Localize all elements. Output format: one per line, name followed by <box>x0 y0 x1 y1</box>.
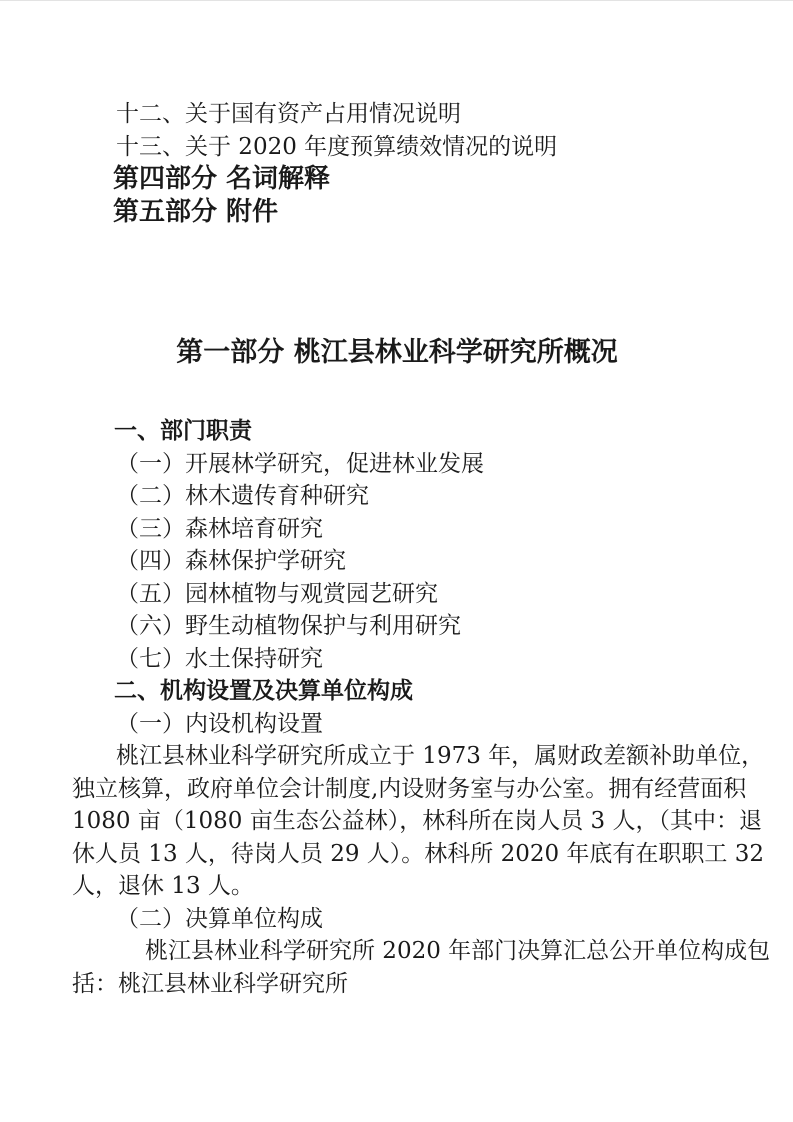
internal-setup-para-line-3: 1080 亩（1080 亩生态公益林），林科所在岗人员 3 人，（其中：退 <box>72 805 722 838</box>
duty-item-2: （二）林木遗传育种研究 <box>72 480 722 513</box>
toc-part-four-heading: 第四部分 名词解释 <box>72 163 722 196</box>
duty-item-6: （六）野生动植物保护与利用研究 <box>72 610 722 643</box>
section-heading-organization: 二、机构设置及决算单位构成 <box>72 675 722 708</box>
toc-item-13: 十三、关于 2020 年度预算绩效情况的说明 <box>72 131 722 164</box>
duty-item-7: （七）水土保持研究 <box>72 643 722 676</box>
part-one-title: 第一部分 桃江县林业科学研究所概况 <box>72 333 722 373</box>
document-page: 十二、关于国有资产占用情况说明 十三、关于 2020 年度预算绩效情况的说明 第… <box>0 0 793 1122</box>
duty-item-5: （五）园林植物与观赏园艺研究 <box>72 578 722 611</box>
page-content: 十二、关于国有资产占用情况说明 十三、关于 2020 年度预算绩效情况的说明 第… <box>0 1 793 1000</box>
duty-item-3: （三）森林培育研究 <box>72 513 722 546</box>
internal-setup-para-line-4: 休人员 13 人，待岗人员 29 人）。林科所 2020 年底有在职职工 32 <box>72 838 722 871</box>
internal-setup-para-line-1: 桃江县林业科学研究所成立于 1973 年，属财政差额补助单位， <box>72 740 722 773</box>
toc-part-five-heading: 第五部分 附件 <box>72 196 722 229</box>
internal-setup-para-line-5: 人，退休 13 人。 <box>72 870 722 903</box>
internal-setup-para-line-2: 独立核算，政府单位会计制度,内设财务室与办公室。拥有经营面积 <box>72 773 722 806</box>
section-heading-duties: 一、部门职责 <box>72 415 722 448</box>
duty-item-4: （四）森林保护学研究 <box>72 545 722 578</box>
unit-composition-para-line-2: 括：桃江县林业科学研究所 <box>72 968 722 1001</box>
unit-composition-para-line-1: 桃江县林业科学研究所 2020 年部门决算汇总公开单位构成包 <box>72 935 722 968</box>
toc-item-12: 十二、关于国有资产占用情况说明 <box>72 98 722 131</box>
subsection-heading-internal-setup: （一）内设机构设置 <box>72 708 722 741</box>
subsection-heading-unit-composition: （二）决算单位构成 <box>72 903 722 936</box>
duty-item-1: （一）开展林学研究，促进林业发展 <box>72 448 722 481</box>
